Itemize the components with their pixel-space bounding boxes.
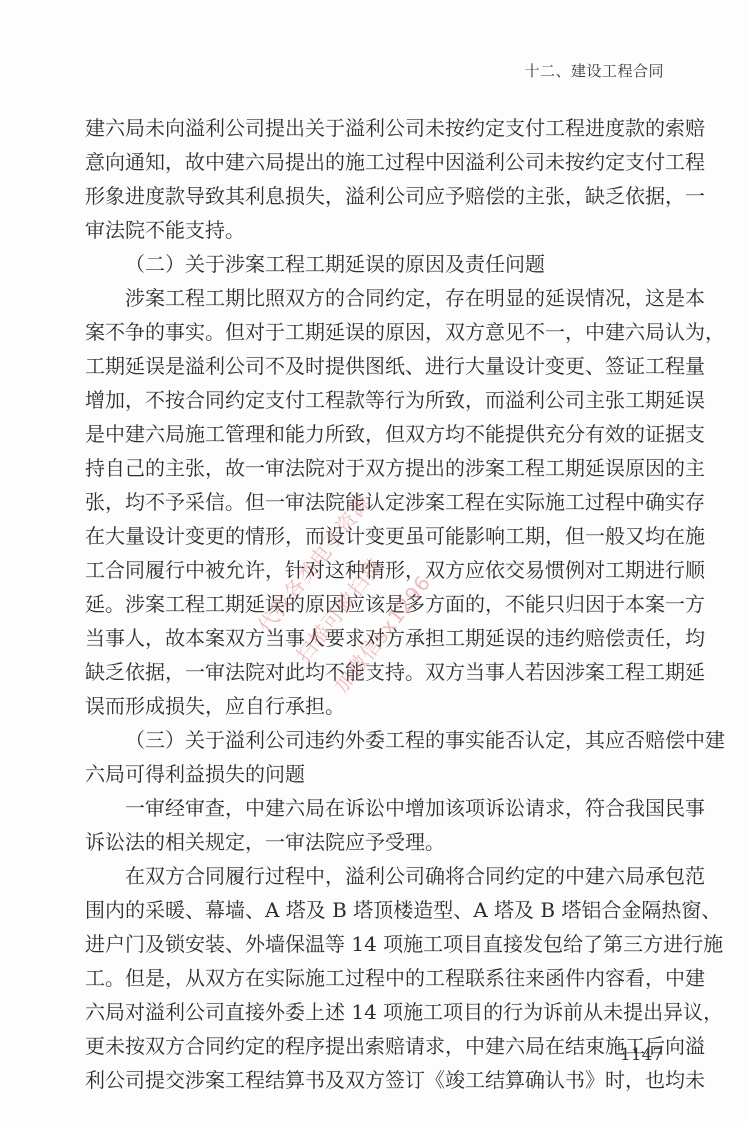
text-line: 意向通知，故中建六局提出的施工过程中因溢利公司未按约定支付工程 [85,145,663,179]
text-line: 工。但是，从双方在实际施工过程中的工程联系往来函件内容看，中建 [85,961,663,995]
text-line: 在大量设计变更的情形，而设计变更虽可能影响工期，但一般又均在施 [85,519,663,553]
text-line: 审法院不能支持。 [85,213,663,247]
text-line: 一审经审查，中建六局在诉讼中增加该项诉讼请求，符合我国民事 [85,791,663,825]
text-line: 利公司提交涉案工程结算书及双方签订《竣工结算确认书》时，也均未 [85,1063,663,1097]
text-line: 形象进度款导致其利息损失，溢利公司应予赔偿的主张，缺乏依据，一 [85,179,663,213]
section-heading: 六局可得利益损失的问题 [85,757,663,791]
text-line: 缺乏依据，一审法院对此均不能支持。双方当事人若因涉案工程工期延 [85,655,663,689]
page-number: 1147 [620,1045,663,1065]
running-header: 十二、建设工程合同 [524,60,664,81]
body-text: 建六局未向溢利公司提出关于溢利公司未按约定支付工程进度款的索赔 意向通知，故中建… [85,111,663,1097]
text-line: 案不争的事实。但对于工期延误的原因，双方意见不一，中建六局认为， [85,315,663,349]
text-line: 延。涉案工程工期延误的原因应该是多方面的，不能只归因于本案一方 [85,587,663,621]
text-line: 是中建六局施工管理和能力所致，但双方均不能提供充分有效的证据支 [85,417,663,451]
text-line: 当事人，故本案双方当事人要求对方承担工期延误的违约赔偿责任，均 [85,621,663,655]
text-line: 围内的采暖、幕墙、A 塔及 B 塔顶楼造型、A 塔及 B 塔铝合金隔热窗、 [85,893,663,927]
text-line: 增加，不按合同约定支付工程款等行为所致，而溢利公司主张工期延误 [85,383,663,417]
text-line: 工合同履行中被允许，针对这种情形，双方应依交易惯例对工期进行顺 [85,553,663,587]
text-line: 更未按双方合同约定的程序提出索赔请求，中建六局在结束施工后向溢 [85,1029,663,1063]
section-heading: （二）关于涉案工程工期延误的原因及责任问题 [85,247,663,281]
text-line: 进户门及锁安装、外墙保温等 14 项施工项目直接发包给了第三方进行施 [85,927,663,961]
text-line: 建六局未向溢利公司提出关于溢利公司未按约定支付工程进度款的索赔 [85,111,663,145]
text-line: 六局对溢利公司直接外委上述 14 项施工项目的行为诉前从未提出异议， [85,995,663,1029]
text-line: 工期延误是溢利公司不及时提供图纸、进行大量设计变更、签证工程量 [85,349,663,383]
text-line: 在双方合同履行过程中，溢利公司确将合同约定的中建六局承包范 [85,859,663,893]
text-line: 诉讼法的相关规定，一审法院应予受理。 [85,825,663,859]
text-line: 误而形成损失，应自行承担。 [85,689,663,723]
text-line: 持自己的主张，故一审法院对于双方提出的涉案工程工期延误原因的主 [85,451,663,485]
section-heading: （三）关于溢利公司违约外委工程的事实能否认定，其应否赔偿中建 [85,723,663,757]
text-line: 张，均不予采信。但一审法院能认定涉案工程在实际施工过程中确实存 [85,485,663,519]
text-line: 涉案工程工期比照双方的合同约定，存在明显的延误情况，这是本 [85,281,663,315]
